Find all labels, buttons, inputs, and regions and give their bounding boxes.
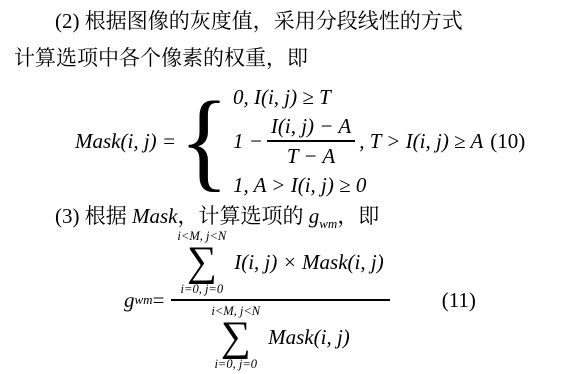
eq11-numerator: i<M, j<N ∑ i=0, j=0 I(i, j) × Mask(i, j)	[171, 229, 389, 301]
eq10-fraction-denominator: T − A	[267, 140, 355, 168]
eq10-case1: 0, I(i, j) ≥ T	[233, 85, 525, 109]
eq11-lhs-symbol: g	[124, 288, 135, 313]
eq10-lhs: Mask(i, j) =	[75, 129, 176, 154]
eq10-fraction-numerator: I(i, j) − A	[267, 114, 355, 140]
equation-11: gwm = i<M, j<N ∑ i=0, j=0 I(i, j) × Mask…	[124, 238, 476, 362]
step3-paragraph: (3) 根据 Mask，计算选项的 gwm，即	[55, 203, 379, 230]
eq11-denominator-expression: Mask(i, j)	[268, 325, 350, 350]
eq10-case2: 1 − I(i, j) − A T − A , T > I(i, j) ≥ A …	[233, 114, 525, 168]
eq11-denominator: i<M, j<N ∑ i=0, j=0 Mask(i, j)	[211, 301, 349, 371]
eq10-case2-prefix: 1 −	[233, 129, 263, 153]
eq10-case3: 1, A > I(i, j) ≥ 0	[233, 173, 525, 197]
left-brace: {	[179, 86, 229, 196]
step3-g-symbol: g	[309, 204, 320, 228]
eq10-case2-condition: , T > I(i, j) ≥ A	[359, 129, 483, 153]
step3-suffix: ，即	[337, 204, 379, 228]
eq10-cases: 0, I(i, j) ≥ T 1 − I(i, j) − A T − A , T…	[233, 85, 525, 198]
fraction: I(i, j) − A T − A	[267, 114, 355, 168]
step2-paragraph-line1: (2) 根据图像的灰度值，采用分段线性的方式	[55, 8, 463, 35]
summation-symbol-numerator: i<M, j<N ∑ i=0, j=0	[177, 229, 226, 296]
eq11-number-label: (11)	[442, 288, 476, 313]
eq11-numerator-expression: I(i, j) × Mask(i, j)	[234, 250, 383, 275]
sum-lower-limit: i=0, j=0	[214, 357, 257, 371]
step2-paragraph-line2: 计算选项中各个像素的权重，即	[14, 45, 308, 72]
eq11-big-fraction: i<M, j<N ∑ i=0, j=0 I(i, j) × Mask(i, j)…	[171, 229, 389, 371]
sum-lower-limit: i=0, j=0	[181, 282, 224, 296]
document-page: (2) 根据图像的灰度值，采用分段线性的方式 计算选项中各个像素的权重，即 Ma…	[0, 0, 580, 374]
summation-symbol-denominator: i<M, j<N ∑ i=0, j=0	[211, 304, 260, 371]
step3-middle: ，计算选项的	[178, 204, 309, 228]
step3-prefix: (3) 根据	[55, 204, 132, 228]
eq10-number-label: (10)	[490, 129, 525, 153]
eq11-equals: =	[153, 288, 165, 313]
sigma-icon: ∑	[187, 243, 217, 281]
sigma-icon: ∑	[221, 318, 251, 356]
equation-10: Mask(i, j) = { 0, I(i, j) ≥ T 1 − I(i, j…	[75, 84, 525, 198]
step3-mask-word: Mask	[132, 204, 178, 228]
